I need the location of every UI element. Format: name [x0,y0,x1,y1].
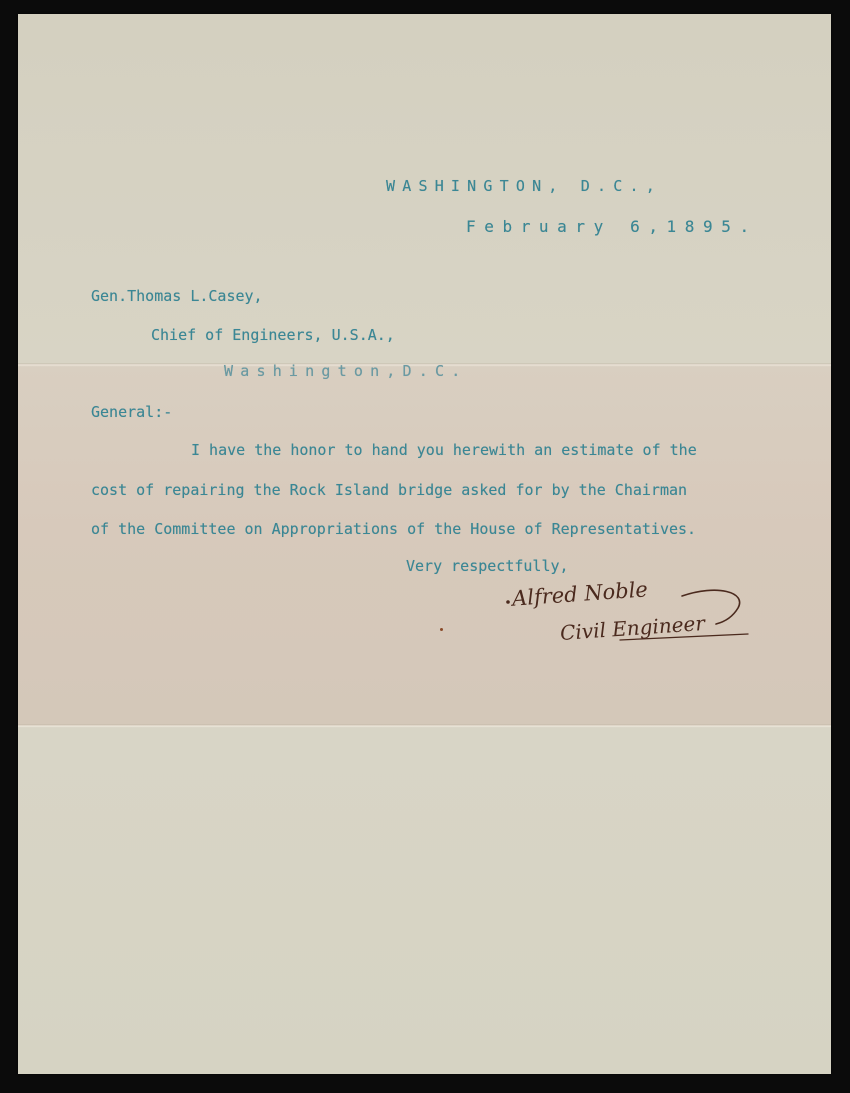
body-line: I have the honor to hand you herewith an… [191,441,697,459]
body-line: of the Committee on Appropriations of th… [91,520,696,538]
letter-date: February 6,1895. [466,217,758,236]
salutation: General:- [91,403,172,421]
fold-line-lower [18,724,831,728]
recipient-title: Chief of Engineers, U.S.A., [151,326,395,344]
ink-speck [440,628,443,631]
handwritten-signature: Alfred Noble Civil Engineer [502,578,752,658]
letter-page: ​ ​ ​ [18,14,831,1074]
closing: Very respectfully, [406,557,569,575]
letterhead-city: WASHINGTON, D.C., [386,177,662,195]
recipient-name: Gen.Thomas L.Casey, [91,287,263,305]
recipient-city: Washington,D.C. [224,362,467,380]
document-viewer: ​ ​ ​ WASHINGTON, D.C., February 6,1895.… [0,0,850,1093]
body-line: cost of repairing the Rock Island bridge… [91,481,687,499]
paper-panel-bottom [18,726,831,1074]
